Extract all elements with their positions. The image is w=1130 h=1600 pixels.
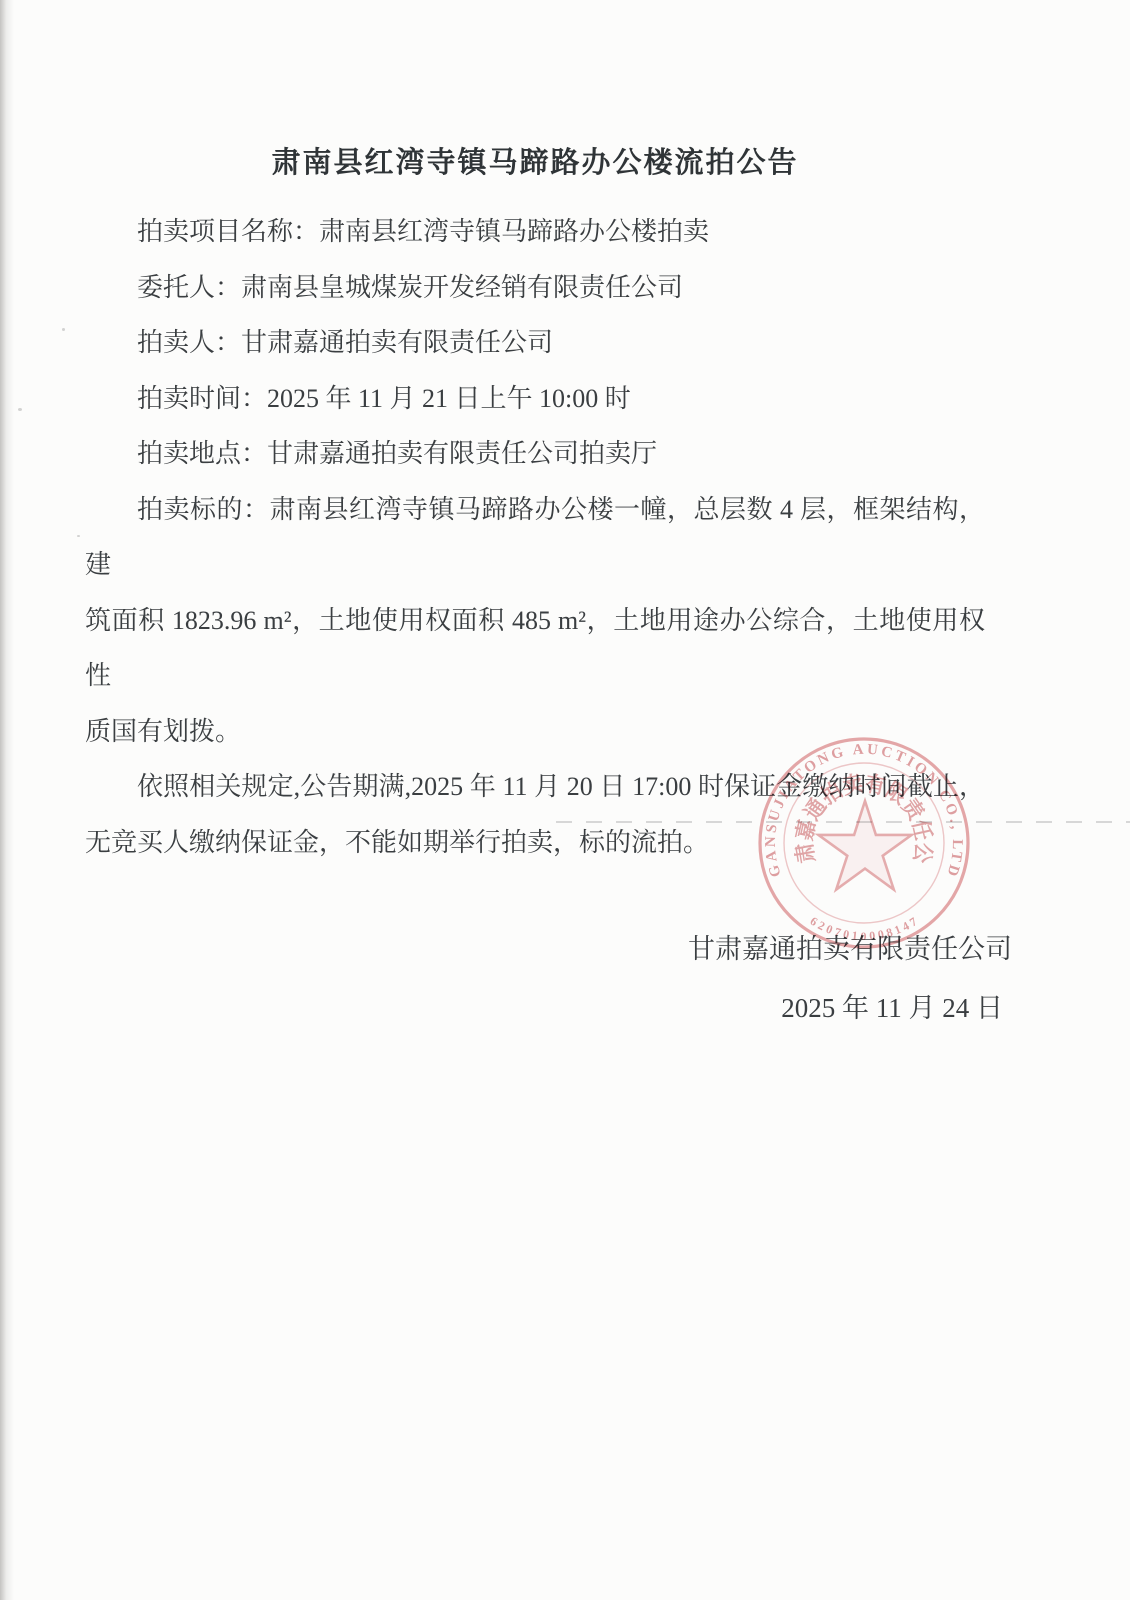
signature-date: 2025 年 11 月 24 日 <box>0 980 1012 1036</box>
body-line-auction-place: 拍卖地点：甘肃嘉通拍卖有限责任公司拍卖厅 <box>85 426 985 482</box>
body-line-subject-2: 筑面积 1823.96 m²，土地使用权面积 485 m²，土地用途办公综合，土… <box>85 593 985 704</box>
announcement-body: 拍卖项目名称：肃南县红湾寺镇马蹄路办公楼拍卖 委托人：肃南县皇城煤炭开发经销有限… <box>85 204 985 870</box>
page-title: 肃南县红湾寺镇马蹄路办公楼流拍公告 <box>85 132 985 194</box>
scan-artifact-line <box>556 821 1130 823</box>
body-line-subject-3: 质国有划拨。 <box>85 704 985 760</box>
scan-speck <box>77 535 80 537</box>
body-line-auctioneer: 拍卖人：甘肃嘉通拍卖有限责任公司 <box>85 315 985 371</box>
body-line-project-name: 拍卖项目名称：肃南县红湾寺镇马蹄路办公楼拍卖 <box>85 204 985 260</box>
scanned-announcement-page: 肃南县红湾寺镇马蹄路办公楼流拍公告 拍卖项目名称：肃南县红湾寺镇马蹄路办公楼拍卖… <box>0 0 1130 1600</box>
body-line-subject-1: 拍卖标的：肃南县红湾寺镇马蹄路办公楼一幢，总层数 4 层，框架结构，建 <box>85 482 985 593</box>
body-line-consignor: 委托人：肃南县皇城煤炭开发经销有限责任公司 <box>85 260 985 316</box>
scan-speck <box>18 408 22 411</box>
scan-speck <box>62 328 65 331</box>
body-line-auction-time: 拍卖时间：2025 年 11 月 21 日上午 10:00 时 <box>85 371 985 427</box>
body-line-result-1: 依照相关规定,公告期满,2025 年 11 月 20 日 17:00 时保证金缴… <box>85 759 985 815</box>
signature-company: 甘肃嘉通拍卖有限责任公司 <box>0 921 1012 977</box>
signature-block: 甘肃嘉通拍卖有限责任公司 2025 年 11 月 24 日 <box>0 921 1012 1036</box>
scan-edge-shadow <box>0 0 14 1600</box>
